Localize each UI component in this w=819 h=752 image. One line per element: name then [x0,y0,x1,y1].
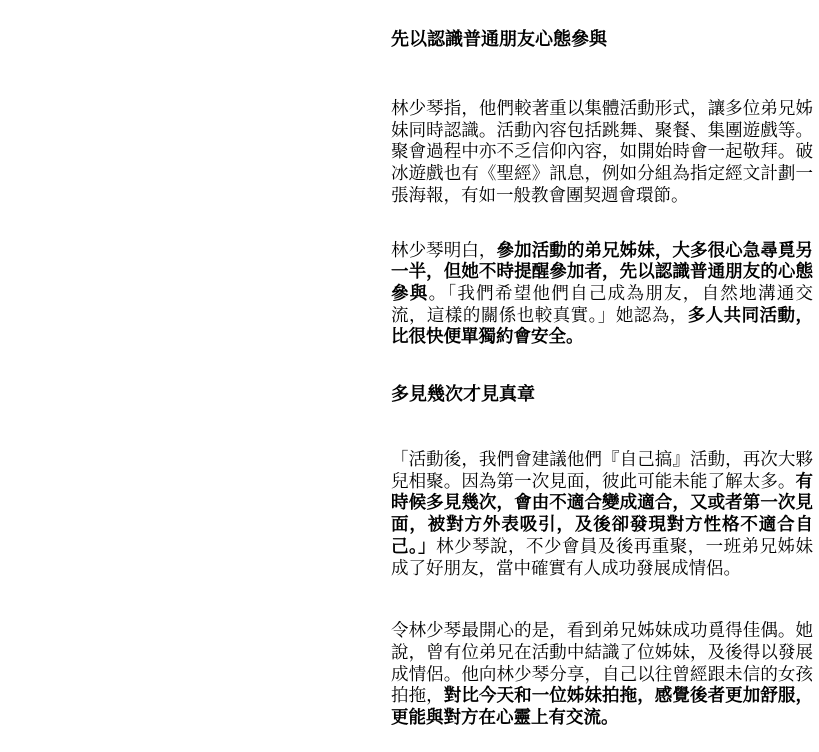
bold-text-run: 對比今天和一位姊妹拍拖，感覺後者更加舒服，更能與對方在心靈上有交流。 [391,685,813,727]
section-heading-second: 多見幾次才見真章 [391,384,813,405]
paragraph-group-activities: 林少琴指，他們較著重以集體活動形式，讓多位弟兄姊妹同時認識。活動內容包括跳舞、聚… [391,98,813,207]
text-run: 「活動後，我們會建議他們『自己搞』活動，再次大夥兒相聚。因為第一次見面，彼此可能… [391,449,813,491]
paragraph-meet-several-times: 「活動後，我們會建議他們『自己搞』活動，再次大夥兒相聚。因為第一次見面，彼此可能… [391,449,813,579]
text-run: 林少琴說，不少會員及後再重聚，一班弟兄姊妹成了好朋友，當中確實有人成功發展成情侶… [391,536,813,578]
article-content-column: 先以認識普通朋友心態參與 林少琴指，他們較著重以集體活動形式，讓多位弟兄姊妹同時… [391,0,813,729]
text-run: 林少琴指，他們較著重以集體活動形式，讓多位弟兄姊妹同時認識。活動內容包括跳舞、聚… [391,98,813,205]
text-run: 林少琴明白， [391,240,497,260]
section-heading-first: 先以認識普通朋友心態參與 [391,29,813,50]
paragraph-success-story: 令林少琴最開心的是，看到弟兄姊妹成功覓得佳偶。她說，曾有位弟兄在活動中結識了位姊… [391,620,813,729]
paragraph-friendship-mindset: 林少琴明白，參加活動的弟兄姊妹，大多很心急尋覓另一半，但她不時提醒參加者，先以認… [391,240,813,349]
